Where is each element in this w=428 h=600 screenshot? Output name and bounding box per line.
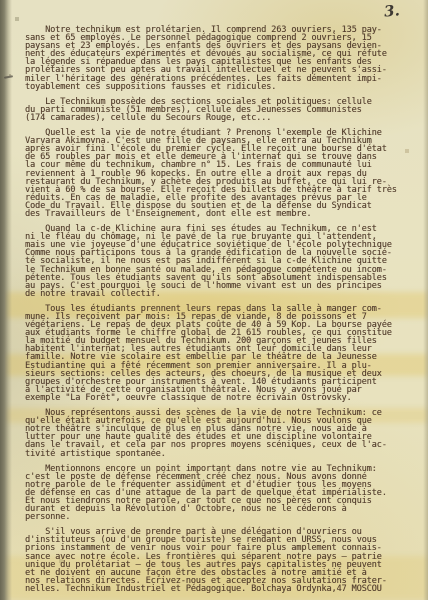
paragraph-political-sections: Le Technikum possède des sections social… bbox=[25, 98, 424, 122]
paragraph-student-life-klichine: Quelle est la vie de notre étudiant ? Pr… bbox=[25, 129, 424, 218]
paragraph-intro-proletarian: Notre technikum est prolétarien. Il comp… bbox=[25, 26, 424, 91]
scan-left-edge bbox=[0, 0, 12, 600]
typewritten-text: Notre technikum est prolétarien. Il comp… bbox=[25, 26, 424, 600]
paragraph-theatre-scenes: Nous représentons aussi des scènes de la… bbox=[25, 409, 424, 458]
paragraph-after-studies: Quand la c-de Klichine aura fini ses étu… bbox=[25, 225, 424, 298]
paragraph-meals-and-theatre: Tous les étudiants prennent leurs repas … bbox=[25, 305, 424, 402]
handwritten-page-number: 3. bbox=[384, 1, 401, 20]
paragraph-invitation-address: S'il vous arrive de prendre part à une d… bbox=[25, 528, 424, 593]
scanned-page: 3. Notre technikum est prolétarien. Il c… bbox=[0, 0, 428, 600]
scan-right-edge bbox=[423, 0, 428, 600]
paragraph-defense-post: Mentionnons encore un point important da… bbox=[25, 465, 424, 522]
